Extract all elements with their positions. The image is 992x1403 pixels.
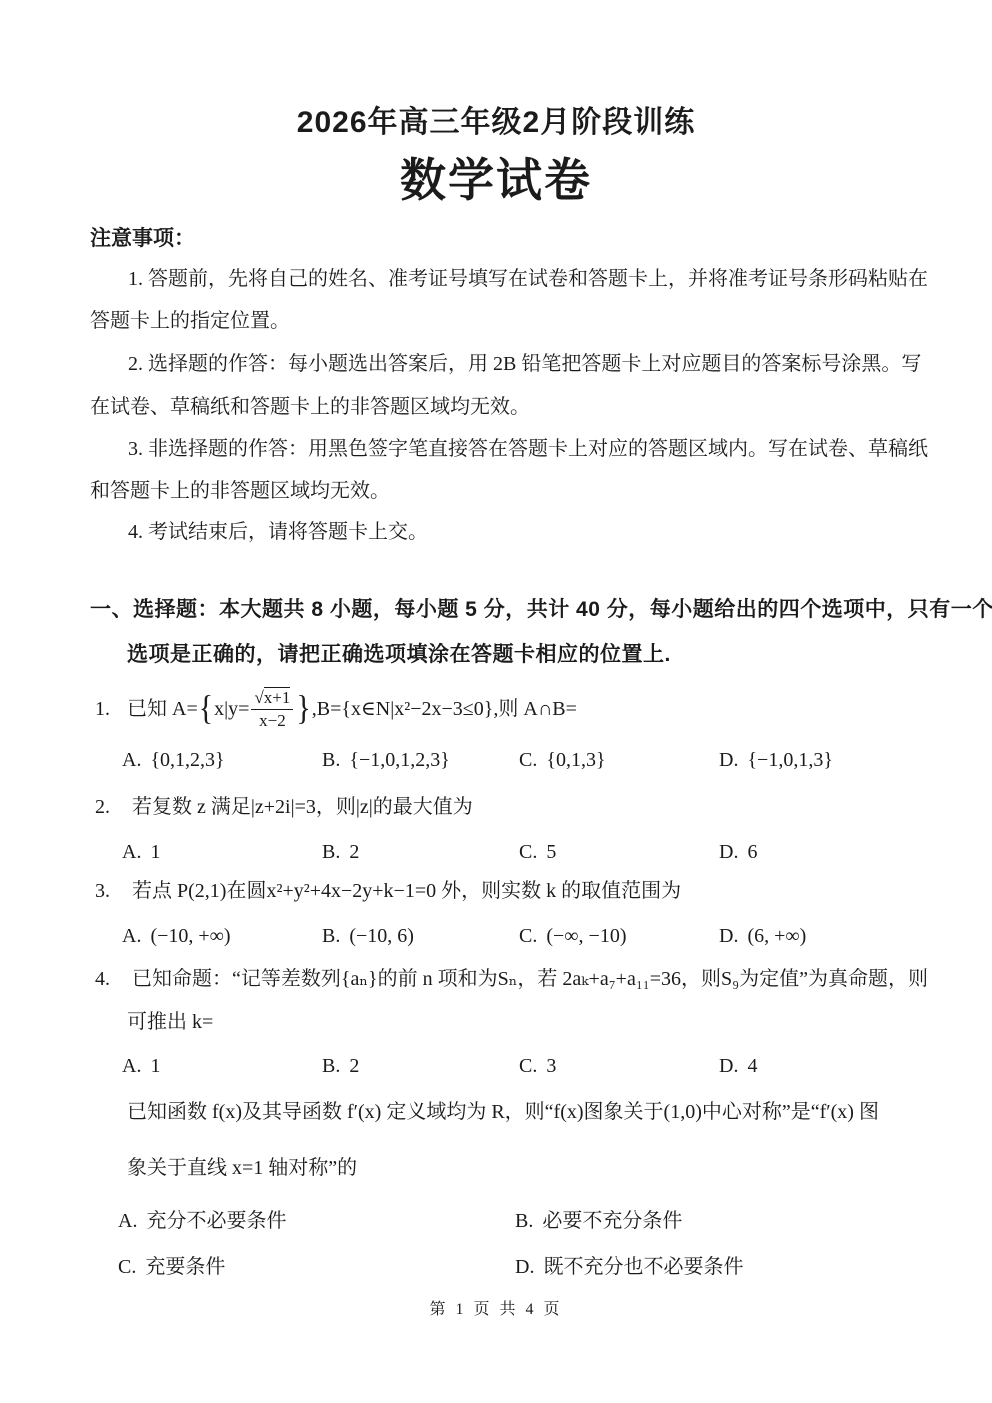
option-value: {−1,0,1,2,3} <box>349 749 449 771</box>
option-label: B. <box>322 749 340 772</box>
option-value: 6 <box>747 841 757 863</box>
option-value: (−10, 6) <box>349 925 414 947</box>
option-label: C. <box>118 1256 136 1279</box>
question-4: 4. 已知命题：“记等差数列{aₙ}的前 n 项和为Sₙ，若 2aₖ+a₇+a₁… <box>95 967 928 992</box>
option-value: 1 <box>150 841 160 863</box>
brace-close: } <box>296 687 310 730</box>
option-a: A.1 <box>122 1055 322 1078</box>
option-c: C.(−∞, −10) <box>519 925 719 948</box>
option-label: C. <box>519 925 537 948</box>
section-heading-line: 一、选择题：本大题共 8 小题，每小题 5 分，共计 40 分，每小题给出的四个… <box>90 597 992 623</box>
question-1: 1. 已知 A= { x|y= √x+1 x−2 } ,B={x∈N|x²−2x… <box>95 678 577 740</box>
notice-line: 答题卡上的指定位置。 <box>90 309 290 334</box>
notice-line: 2. 选择题的作答：每小题选出答案后，用 2B 铅笔把答题卡上对应题目的答案标号… <box>90 352 921 377</box>
question-3-options: A.(−10, +∞) B.(−10, 6) C.(−∞, −10) D.(6,… <box>122 925 952 948</box>
option-label: C. <box>519 841 537 864</box>
option-value: 3 <box>546 1055 556 1077</box>
option-c: C.充要条件 <box>118 1250 515 1279</box>
fraction-numerator: √x+1 <box>251 688 293 710</box>
notice-line: 1. 答题前，先将自己的姓名、准考证号填写在试卷和答题卡上，并将准考证号条形码粘… <box>90 267 928 292</box>
option-label: A. <box>122 925 141 948</box>
question-5-options-row-1: A.充分不必要条件 B.必要不充分条件 <box>118 1204 952 1233</box>
notice-heading: 注意事项： <box>90 226 195 252</box>
option-label: A. <box>122 841 141 864</box>
question-2: 2. 若复数 z 满足|z+2i|=3，则|z|的最大值为 <box>95 795 473 820</box>
option-a: A.(−10, +∞) <box>122 925 322 948</box>
question-number: 4. <box>95 967 127 992</box>
question-2-options: A.1 B.2 C.5 D.6 <box>122 841 952 864</box>
question-4-continued: 可推出 k= <box>127 1010 213 1035</box>
option-value: 充要条件 <box>145 1256 225 1278</box>
option-c: C.{0,1,3} <box>519 749 719 772</box>
option-label: C. <box>519 749 537 772</box>
question-text: x|y= <box>214 697 249 722</box>
option-c: C.5 <box>519 841 719 864</box>
page-subtitle: 数学试卷 <box>0 152 992 210</box>
option-b: B.必要不充分条件 <box>515 1204 952 1233</box>
question-text: 已知命题：“记等差数列{aₙ}的前 n 项和为Sₙ，若 2aₖ+a₇+a₁₁=3… <box>132 968 928 990</box>
option-label: B. <box>515 1210 533 1233</box>
option-value: (−∞, −10) <box>546 925 626 947</box>
option-label: D. <box>719 841 738 864</box>
notice-line: 3. 非选择题的作答：用黑色签字笔直接答在答题卡上对应的答题区域内。写在试卷、草… <box>90 437 928 462</box>
brace-open: { <box>199 687 213 730</box>
option-b: B.2 <box>322 841 519 864</box>
notice-line: 4. 考试结束后，请将答题卡上交。 <box>90 520 428 545</box>
option-value: (−10, +∞) <box>150 925 230 947</box>
question-5: 已知函数 f(x)及其导函数 f′(x) 定义域均为 R，则“f(x)图象关于(… <box>127 1100 879 1125</box>
option-b: B.2 <box>322 1055 519 1078</box>
question-5-options-row-2: C.充要条件 D.既不充分也不必要条件 <box>118 1250 952 1279</box>
notice-line: 和答题卡上的非答题区域均无效。 <box>90 479 390 504</box>
option-value: 2 <box>349 1055 359 1077</box>
exam-paper-page: 2026年高三年级2月阶段训练 数学试卷 注意事项： 1. 答题前，先将自己的姓… <box>0 0 992 1403</box>
option-value: 充分不必要条件 <box>146 1210 286 1232</box>
option-label: C. <box>519 1055 537 1078</box>
option-d: D.6 <box>719 841 952 864</box>
question-text: ,B={x∈N|x²−2x−3≤0},则 A∩B= <box>312 697 577 722</box>
option-value: 5 <box>546 841 556 863</box>
option-value: 1 <box>150 1055 160 1077</box>
option-b: B.(−10, 6) <box>322 925 519 948</box>
option-label: B. <box>322 1055 340 1078</box>
option-d: D.既不充分也不必要条件 <box>515 1250 952 1279</box>
option-label: B. <box>322 841 340 864</box>
question-number: 1. <box>95 697 127 722</box>
notice-line: 在试卷、草稿纸和答题卡上的非答题区域均无效。 <box>90 395 530 420</box>
option-a: A.{0,1,2,3} <box>122 749 322 772</box>
option-label: D. <box>719 1055 738 1078</box>
option-a: A.充分不必要条件 <box>118 1204 515 1233</box>
question-text: 若复数 z 满足|z+2i|=3，则|z|的最大值为 <box>132 796 473 818</box>
option-label: D. <box>515 1256 534 1279</box>
option-value: 2 <box>349 841 359 863</box>
question-text: 已知 A= <box>127 697 198 722</box>
option-value: (6, +∞) <box>747 925 806 947</box>
radicand: x+1 <box>264 687 291 707</box>
option-value: 必要不充分条件 <box>542 1210 682 1232</box>
option-label: D. <box>719 925 738 948</box>
page-footer: 第 1 页 共 4 页 <box>0 1300 992 1320</box>
question-4-options: A.1 B.2 C.3 D.4 <box>122 1055 952 1078</box>
option-value: 既不充分也不必要条件 <box>543 1256 743 1278</box>
option-d: D.(6, +∞) <box>719 925 952 948</box>
fraction-denominator: x−2 <box>259 710 286 731</box>
option-d: D.4 <box>719 1055 952 1078</box>
option-value: {0,1,3} <box>546 749 605 771</box>
question-text: 若点 P(2,1)在圆x²+y²+4x−2y+k−1=0 外，则实数 k 的取值… <box>132 880 681 902</box>
option-label: A. <box>122 1055 141 1078</box>
fraction: √x+1 x−2 <box>251 688 293 730</box>
option-label: A. <box>118 1210 137 1233</box>
option-label: A. <box>122 749 141 772</box>
option-a: A.1 <box>122 841 322 864</box>
option-value: 4 <box>747 1055 757 1077</box>
question-3: 3. 若点 P(2,1)在圆x²+y²+4x−2y+k−1=0 外，则实数 k … <box>95 879 681 904</box>
option-value: {0,1,2,3} <box>150 749 224 771</box>
question-5-continued: 象关于直线 x=1 轴对称”的 <box>127 1156 357 1181</box>
page-title: 2026年高三年级2月阶段训练 <box>0 104 992 142</box>
option-d: D.{−1,0,1,3} <box>719 749 952 772</box>
question-number: 3. <box>95 879 127 904</box>
radical-sign: √ <box>254 688 263 707</box>
option-label: D. <box>719 749 738 772</box>
option-c: C.3 <box>519 1055 719 1078</box>
option-label: B. <box>322 925 340 948</box>
section-heading-line: 选项是正确的，请把正确选项填涂在答题卡相应的位置上. <box>127 642 671 668</box>
question-number: 2. <box>95 795 127 820</box>
question-1-options: A.{0,1,2,3} B.{−1,0,1,2,3} C.{0,1,3} D.{… <box>122 749 952 772</box>
option-b: B.{−1,0,1,2,3} <box>322 749 519 772</box>
option-value: {−1,0,1,3} <box>747 749 832 771</box>
